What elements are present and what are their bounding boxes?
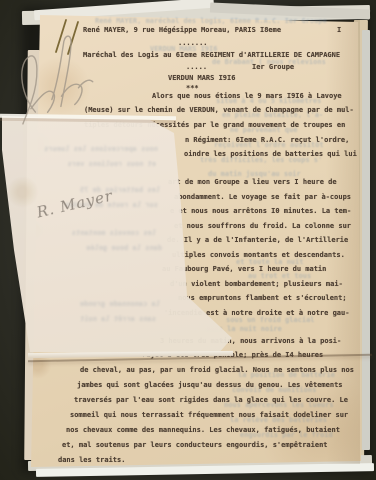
overlay-bleed-through-line: les convois montants <box>6 229 156 237</box>
overlay-bleed-through-line: dans la boue gelée <box>12 244 162 252</box>
typed-line: Alors que nous étions le 9 mars I9I6 à L… <box>152 92 342 100</box>
typed-line: de. Il y a de l'Infanterie, de l'Artille… <box>167 236 348 244</box>
typed-line: Ier Groupe <box>252 63 294 71</box>
typed-line: jambes qui sont glacées jusqu'au dessus … <box>77 381 343 389</box>
typed-line: *** <box>186 84 199 92</box>
typed-line: ....... <box>178 39 208 47</box>
bleed-through-line: René MAYER, maréchal des logis, 6Ieme R.… <box>95 17 327 25</box>
typed-line: et nous souffrons du froid. La colonne s… <box>174 222 351 230</box>
typed-line: nous empruntons flambent et s'écroulent; <box>178 294 347 302</box>
typed-line: au Faubourg Pavé, vers I heure du matin <box>162 265 326 273</box>
overlay-bleed-through-line: la canonnade gronde <box>10 300 160 308</box>
typed-line: ..... <box>186 63 207 71</box>
scanned-document-photo: René MAYER, maréchal des logis, 6Ieme R.… <box>0 0 376 480</box>
typed-line: (Meuse) sur le chemin de VERDUN, venant … <box>84 106 354 114</box>
overlay-bleed-through-line: nous apercevions les lueurs <box>8 145 158 153</box>
underlying-sheet-edge-right-2 <box>362 30 370 450</box>
typed-line: sommeil qui nous terrassait fréquemment … <box>70 411 348 419</box>
signature-claude-pencil <box>7 30 102 129</box>
typed-line: Maréchal des Logis au 6Ieme REGIMENT d'A… <box>83 51 340 59</box>
typed-line: dans les traits. <box>58 456 125 464</box>
typed-line: nos chevaux comme des mannequins. Les ch… <box>66 426 340 434</box>
typed-line: art de mon Groupe a lieu vers I heure de <box>168 178 337 186</box>
typed-line: d'un violent bombardement; plusieurs mai… <box>170 280 343 288</box>
bleed-through-line: du matin jusqu'au soir <box>208 170 301 178</box>
typed-line: e et nous nous arrêtons I0 minutes. La t… <box>170 207 351 215</box>
typed-line: et, mal soutenus par leurs conducteurs e… <box>62 441 328 449</box>
typed-line: traversés par l'eau sont rigides dans la… <box>74 396 348 404</box>
typed-line: René MAYER, 9 rue Hégésippe Moreau, PARI… <box>83 26 281 34</box>
bleed-through-line: sous un froid glacial <box>226 316 315 324</box>
typed-line: oindre les positions de batteries qui lu… <box>184 150 357 158</box>
typed-line: n Régiment: 6Ieme R.A.C. reçut l'ordre, <box>185 136 349 144</box>
overlay-bleed-through-line: et nous roulions vers <box>6 160 156 168</box>
bleed-through-line: au trot et tous <box>248 272 311 280</box>
overlay-bleed-through-line: sans arrêt la nuit <box>6 315 156 323</box>
typed-line: ultiples convois montants et descendants… <box>172 251 345 259</box>
typed-line: abondamment. Le voyage se fait par à-cou… <box>174 193 351 201</box>
typed-line: I <box>337 26 341 34</box>
typed-line: VERDUN MARS I9I6 <box>168 74 235 82</box>
typed-line: de cheval, au pas, par un froid glacial.… <box>80 366 354 374</box>
